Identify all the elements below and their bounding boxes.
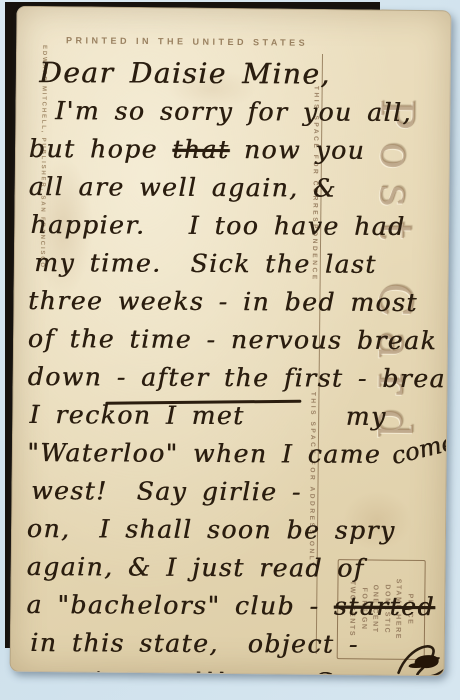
handwriting-line: three weeks - in bed most bbox=[28, 282, 452, 322]
handwriting-line: in this state, object - bbox=[26, 624, 451, 664]
handwriting-lines: Dear Daisie Mine,I'm so sorry for you al… bbox=[26, 54, 452, 676]
postcard-back: PRINTED IN THE UNITED STATES EDWARD MITC… bbox=[10, 6, 452, 677]
handwriting-line: my time. Sick the last bbox=[28, 244, 451, 284]
scanned-postcard-image: PRINTED IN THE UNITED STATES EDWARD MITC… bbox=[0, 0, 460, 700]
handwriting-line: matrimony !!! Come on bbox=[26, 662, 452, 676]
handwriting-line: all are well again, & bbox=[29, 168, 452, 208]
handwriting-line: happier. I too have had bbox=[28, 206, 451, 246]
handwriting-line: a "bachelors" club - started bbox=[26, 586, 451, 626]
handwriting-line: I'm so sorry for you all, bbox=[29, 92, 452, 132]
handwriting-line: down - after the first - break, bbox=[28, 358, 452, 398]
printed-credit-line: PRINTED IN THE UNITED STATES bbox=[57, 35, 317, 48]
handwriting-line: west! Say girlie - bbox=[27, 472, 452, 512]
handwriting-line: Dear Daisie Mine, bbox=[29, 54, 451, 94]
handwriting-line: on, I shall soon be spry bbox=[27, 510, 452, 550]
handwriting-line: "Waterloo" when I came bbox=[27, 434, 451, 474]
handwriting-line: of the time - nervous break bbox=[28, 320, 452, 360]
handwriting-line: again, & I just read of bbox=[27, 548, 452, 588]
handwriting-line: but hope that now you bbox=[29, 130, 452, 170]
